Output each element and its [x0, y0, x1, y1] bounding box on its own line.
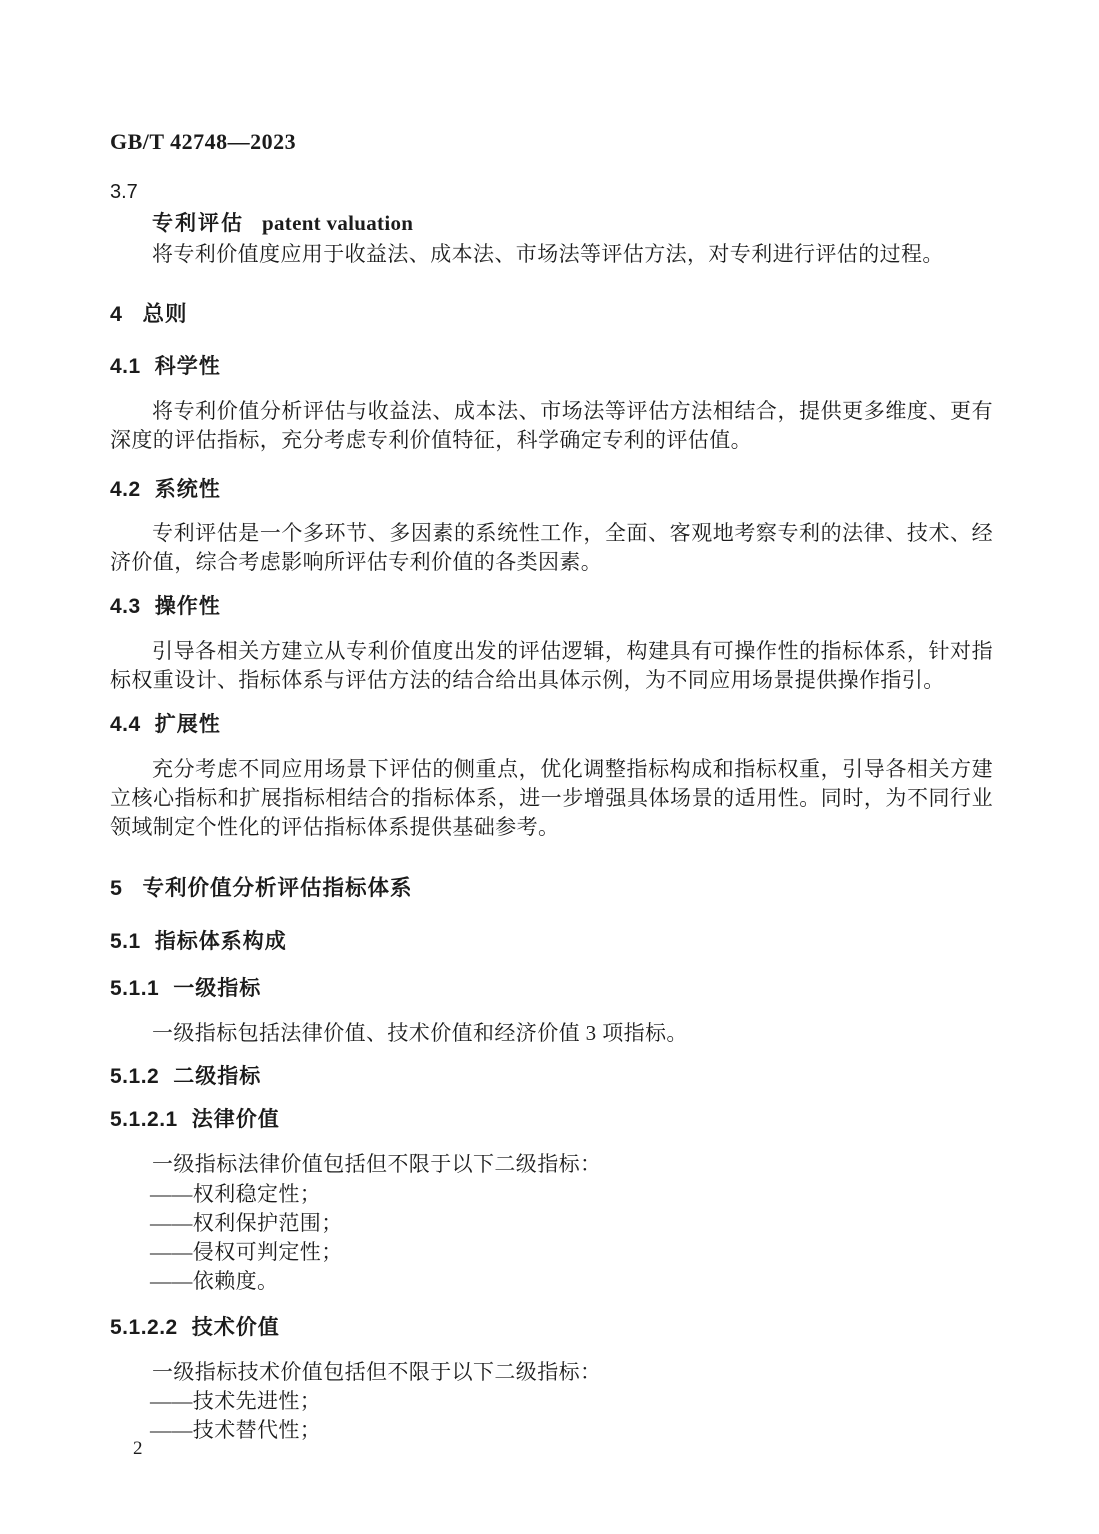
- heading-title: 专利价值分析评估指标体系: [142, 876, 412, 900]
- subsection-heading: 4.4扩展性: [110, 710, 993, 739]
- paragraph: 一级指标技术价值包括但不限于以下二级指标：: [110, 1358, 993, 1387]
- list-item: ——权利保护范围；: [110, 1209, 993, 1238]
- heading-number: 4.4: [110, 713, 141, 736]
- heading-number: 4.3: [110, 595, 141, 618]
- page-number: 2: [133, 1437, 143, 1461]
- heading-title: 指标体系构成: [155, 930, 287, 953]
- subsection-heading: 4.2系统性: [110, 475, 993, 504]
- list-item: ——侵权可判定性；: [110, 1238, 993, 1267]
- paragraph: 一级指标包括法律价值、技术价值和经济价值 3 项指标。: [110, 1019, 993, 1048]
- heading-title: 法律价值: [192, 1108, 280, 1131]
- heading-number: 4.2: [110, 478, 141, 501]
- heading-title: 扩展性: [155, 713, 221, 736]
- term-english: patent valuation: [262, 211, 413, 235]
- heading-title: 一级指标: [173, 977, 261, 1000]
- subsection-heading: 5.1指标体系构成: [110, 927, 993, 956]
- heading-number: 4: [110, 302, 122, 326]
- standard-number-header: GB/T 42748—2023: [110, 127, 993, 156]
- heading-title: 技术价值: [192, 1316, 280, 1339]
- subsubsection-heading: 5.1.2二级指标: [110, 1062, 993, 1091]
- clause-heading: 5.1.2.2技术价值: [110, 1313, 993, 1342]
- clause-heading: 5.1.2.1法律价值: [110, 1105, 993, 1134]
- document-page: GB/T 42748—2023 3.7专利评估patent valuation将…: [0, 0, 1099, 1534]
- paragraph: 引导各相关方建立从专利价值度出发的评估逻辑，构建具有可操作性的指标体系，针对指标…: [110, 637, 993, 695]
- heading-number: 5.1.2.1: [110, 1108, 178, 1131]
- section-heading: 4总则: [110, 300, 993, 329]
- heading-number: 4.1: [110, 355, 141, 378]
- document-content: 3.7专利评估patent valuation将专利价值度应用于收益法、成本法、…: [110, 178, 993, 1445]
- paragraph: 将专利价值度应用于收益法、成本法、市场法等评估方法，对专利进行评估的过程。: [110, 240, 993, 269]
- heading-number: 5: [110, 876, 122, 900]
- term-entry: 专利评估patent valuation: [110, 209, 993, 238]
- heading-number: 5.1.2: [110, 1065, 159, 1088]
- heading-title: 操作性: [155, 595, 221, 618]
- paragraph: 专利评估是一个多环节、多因素的系统性工作，全面、客观地考察专利的法律、技术、经济…: [110, 519, 993, 577]
- clause-number: 3.7: [110, 178, 993, 207]
- list-item: ——技术替代性；: [110, 1416, 993, 1445]
- subsubsection-heading: 5.1.1一级指标: [110, 974, 993, 1003]
- paragraph: 充分考虑不同应用场景下评估的侧重点，优化调整指标构成和指标权重，引导各相关方建立…: [110, 755, 993, 842]
- heading-number: 5.1.1: [110, 977, 159, 1000]
- list-item: ——依赖度。: [110, 1267, 993, 1296]
- list-item: ——技术先进性；: [110, 1387, 993, 1416]
- term-chinese: 专利评估: [152, 212, 244, 235]
- heading-title: 科学性: [155, 355, 221, 378]
- list-item: ——权利稳定性；: [110, 1180, 993, 1209]
- heading-title: 系统性: [155, 478, 221, 501]
- heading-number: 5.1.2.2: [110, 1316, 178, 1339]
- heading-number: 5.1: [110, 930, 141, 953]
- heading-title: 总则: [142, 302, 187, 326]
- paragraph: 一级指标法律价值包括但不限于以下二级指标：: [110, 1150, 993, 1179]
- subsection-heading: 4.3操作性: [110, 592, 993, 621]
- subsection-heading: 4.1科学性: [110, 352, 993, 381]
- heading-title: 二级指标: [173, 1065, 261, 1088]
- section-heading: 5专利价值分析评估指标体系: [110, 874, 993, 903]
- paragraph: 将专利价值分析评估与收益法、成本法、市场法等评估方法相结合，提供更多维度、更有深…: [110, 397, 993, 455]
